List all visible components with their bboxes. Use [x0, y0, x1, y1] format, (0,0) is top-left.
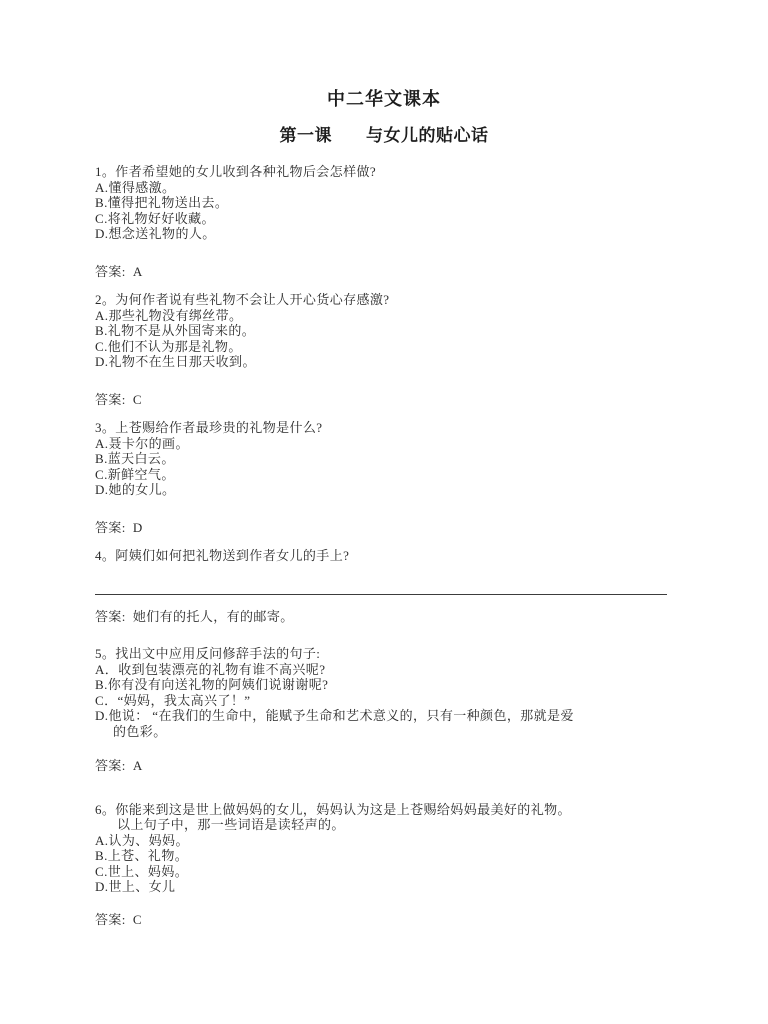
answer-value: D: [133, 520, 143, 535]
option-a: A.懂得感激。: [95, 180, 673, 196]
answer-label: 答案:: [95, 392, 126, 407]
question-text-line2: 以上句子中，那一些词语是读轻声的。: [95, 817, 673, 833]
answer-value: 她们有的托人，有的邮寄。: [133, 609, 294, 624]
document-page: 中二华文课本 第一课 与女儿的贴心话 1。作者希望她的女儿收到各种礼物后会怎样做…: [0, 0, 768, 1024]
answer-label: 答案:: [95, 264, 126, 279]
answer-row: 答案:她们有的托人，有的邮寄。: [95, 609, 673, 625]
answer-value: C: [133, 912, 142, 927]
answer-label: 答案:: [95, 609, 126, 624]
option-c: C.新鲜空气。: [95, 467, 673, 483]
answer-row: 答案:D: [95, 520, 673, 536]
option-a: A．收到包装漂亮的礼物有谁不高兴呢?: [95, 662, 673, 678]
answer-row: 答案:A: [95, 758, 673, 774]
answer-label: 答案:: [95, 912, 126, 927]
question-block-4: 4。阿姨们如何把礼物送到作者女儿的手上? 答案:她们有的托人，有的邮寄。: [95, 548, 673, 624]
write-in-answer-line: [95, 594, 667, 595]
lesson-heading: 第一课 与女儿的贴心话: [0, 126, 768, 146]
option-c: C.世上、妈妈。: [95, 864, 673, 880]
question-block-3: 3。上苍赐给作者最珍贵的礼物是什么? A.聂卡尔的画。 B.蓝天白云。 C.新鲜…: [95, 420, 673, 535]
option-b: B.懂得把礼物送出去。: [95, 195, 673, 211]
document-header: 中二华文课本 第一课 与女儿的贴心话: [0, 0, 768, 146]
answer-label: 答案:: [95, 758, 126, 773]
question-text: 1。作者希望她的女儿收到各种礼物后会怎样做?: [95, 164, 673, 180]
option-b: B.上苍、礼物。: [95, 848, 673, 864]
option-d: D.礼物不在生日那天收到。: [95, 354, 673, 370]
answer-row: 答案:C: [95, 912, 673, 928]
option-a: A.那些礼物没有绑丝带。: [95, 308, 673, 324]
option-d-continuation: 的色彩。: [95, 724, 673, 740]
question-text: 2。为何作者说有些礼物不会让人开心货心存感激?: [95, 292, 673, 308]
question-block-2: 2。为何作者说有些礼物不会让人开心货心存感激? A.那些礼物没有绑丝带。 B.礼…: [95, 292, 673, 407]
option-a: A.聂卡尔的画。: [95, 436, 673, 452]
option-d: D.她的女儿。: [95, 482, 673, 498]
option-b: B.你有没有向送礼物的阿姨们说谢谢呢?: [95, 677, 673, 693]
option-d: D.他说： “在我们的生命中，能赋予生命和艺术意义的，只有一种颜色，那就是爱: [95, 708, 673, 724]
option-d: D.想念送礼物的人。: [95, 226, 673, 242]
question-block-1: 1。作者希望她的女儿收到各种礼物后会怎样做? A.懂得感激。 B.懂得把礼物送出…: [95, 164, 673, 279]
answer-value: A: [133, 758, 143, 773]
answer-value: C: [133, 392, 142, 407]
question-block-5: 5。找出文中应用反问修辞手法的句子: A．收到包装漂亮的礼物有谁不高兴呢? B.…: [95, 646, 673, 774]
question-text: 5。找出文中应用反问修辞手法的句子:: [95, 646, 673, 662]
question-text: 3。上苍赐给作者最珍贵的礼物是什么?: [95, 420, 673, 436]
answer-label: 答案:: [95, 520, 126, 535]
option-c: C.将礼物好好收藏。: [95, 211, 673, 227]
option-b: B.蓝天白云。: [95, 451, 673, 467]
option-c: C.他们不认为那是礼物。: [95, 339, 673, 355]
question-block-6: 6。你能来到这是世上做妈妈的女儿，妈妈认为这是上苍赐给妈妈最美好的礼物。 以上句…: [95, 802, 673, 928]
lesson-label: 第一课: [280, 126, 333, 146]
option-b: B.礼物不是从外国寄来的。: [95, 323, 673, 339]
document-title: 中二华文课本: [0, 88, 768, 110]
question-text: 6。你能来到这是世上做妈妈的女儿，妈妈认为这是上苍赐给妈妈最美好的礼物。: [95, 802, 673, 818]
answer-value: A: [133, 264, 143, 279]
lesson-title: 与女儿的贴心话: [366, 126, 489, 146]
answer-row: 答案:C: [95, 392, 673, 408]
questions-section: 1。作者希望她的女儿收到各种礼物后会怎样做? A.懂得感激。 B.懂得把礼物送出…: [95, 164, 673, 927]
option-d: D.世上、女儿: [95, 879, 673, 895]
option-a: A.认为、妈妈。: [95, 833, 673, 849]
option-c: C．“妈妈，我太高兴了！”: [95, 693, 673, 709]
answer-row: 答案:A: [95, 264, 673, 280]
question-text: 4。阿姨们如何把礼物送到作者女儿的手上?: [95, 548, 673, 564]
